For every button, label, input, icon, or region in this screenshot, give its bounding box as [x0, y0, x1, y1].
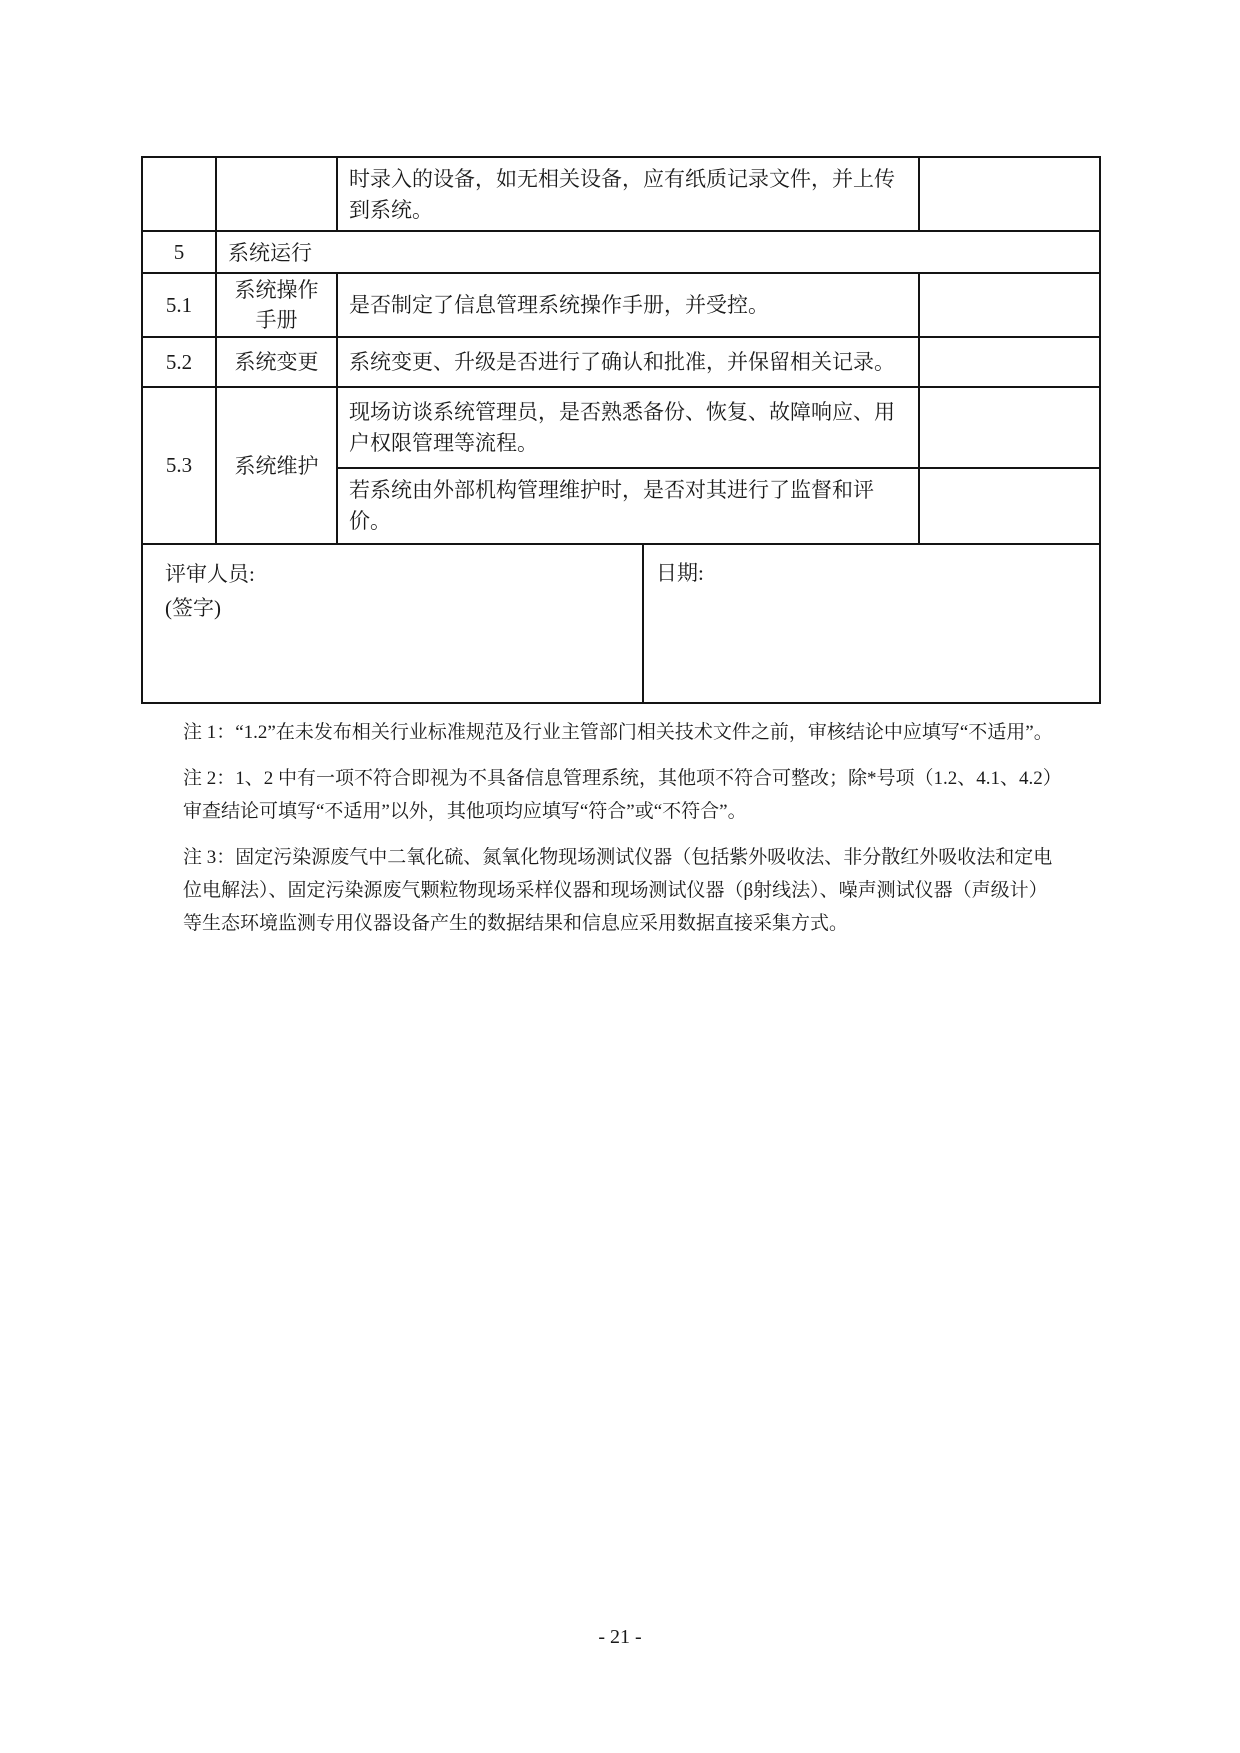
- table-row-5-2: 5.2 系统变更 系统变更、升级是否进行了确认和批准，并保留相关记录。: [142, 337, 1100, 387]
- result-cell: [919, 337, 1100, 387]
- result-cell: [919, 387, 1100, 468]
- result-cell: [919, 157, 1100, 231]
- question-text: 现场访谈系统管理员，是否熟悉备份、恢复、故障响应、用 户权限管理等流程。: [337, 387, 919, 468]
- row-category-cell: 系统维护: [216, 387, 337, 544]
- table-row-continuation: 时录入的设备，如无相关设备，应有纸质记录文件，并上传 到系统。: [142, 157, 1100, 231]
- date-cell: 日期:: [644, 545, 1099, 702]
- note-2: 注 2：1、2 中有一项不符合即视为不具备信息管理系统，其他项不符合可整改；除*…: [183, 762, 1087, 828]
- question-text: 是否制定了信息管理系统操作手册，并受控。: [337, 273, 919, 337]
- question-text: 系统变更、升级是否进行了确认和批准，并保留相关记录。: [337, 337, 919, 387]
- date-label: 日期:: [656, 561, 704, 585]
- row-number-cell: 5.1: [142, 273, 216, 337]
- row-category-cell: 系统操作 手册: [216, 273, 337, 337]
- row-category-cell: 系统变更: [216, 337, 337, 387]
- row-number-cell: 5.3: [142, 387, 216, 544]
- question-text: 时录入的设备，如无相关设备，应有纸质记录文件，并上传 到系统。: [337, 157, 919, 231]
- row-number-cell: 5.2: [142, 337, 216, 387]
- document-page: 时录入的设备，如无相关设备，应有纸质记录文件，并上传 到系统。 5 系统运行 5…: [0, 0, 1240, 1753]
- signature-label: (签字): [165, 591, 642, 625]
- table-row-section-5: 5 系统运行: [142, 231, 1100, 273]
- result-cell: [919, 273, 1100, 337]
- question-text: 若系统由外部机构管理维护时，是否对其进行了监督和评 价。: [337, 468, 919, 544]
- row-category-cell: [216, 157, 337, 231]
- table-row-5-1: 5.1 系统操作 手册 是否制定了信息管理系统操作手册，并受控。: [142, 273, 1100, 337]
- row-number-cell: [142, 157, 216, 231]
- table-row-signature: 评审人员: (签字) 日期:: [142, 544, 1100, 703]
- row-number-cell: 5: [142, 231, 216, 273]
- signature-row: 评审人员: (签字) 日期:: [143, 545, 1099, 702]
- reviewer-label: 评审人员:: [165, 557, 642, 591]
- page-number: - 21 -: [0, 1626, 1240, 1649]
- section-title: 系统运行: [216, 231, 1100, 273]
- note-3: 注 3：固定污染源废气中二氧化硫、氮氧化物现场测试仪器（包括紫外吸收法、非分散红…: [183, 841, 1087, 940]
- signature-row-cell: 评审人员: (签字) 日期:: [142, 544, 1100, 703]
- result-cell: [919, 468, 1100, 544]
- table-row-5-3: 5.3 系统维护 现场访谈系统管理员，是否熟悉备份、恢复、故障响应、用 户权限管…: [142, 387, 1100, 468]
- review-checklist-table: 时录入的设备，如无相关设备，应有纸质记录文件，并上传 到系统。 5 系统运行 5…: [141, 156, 1101, 704]
- note-1: 注 1：“1.2”在未发布相关行业标准规范及行业主管部门相关技术文件之前，审核结…: [183, 716, 1087, 749]
- notes-section: 注 1：“1.2”在未发布相关行业标准规范及行业主管部门相关技术文件之前，审核结…: [183, 716, 1087, 953]
- reviewer-signature-cell: 评审人员: (签字): [143, 545, 644, 702]
